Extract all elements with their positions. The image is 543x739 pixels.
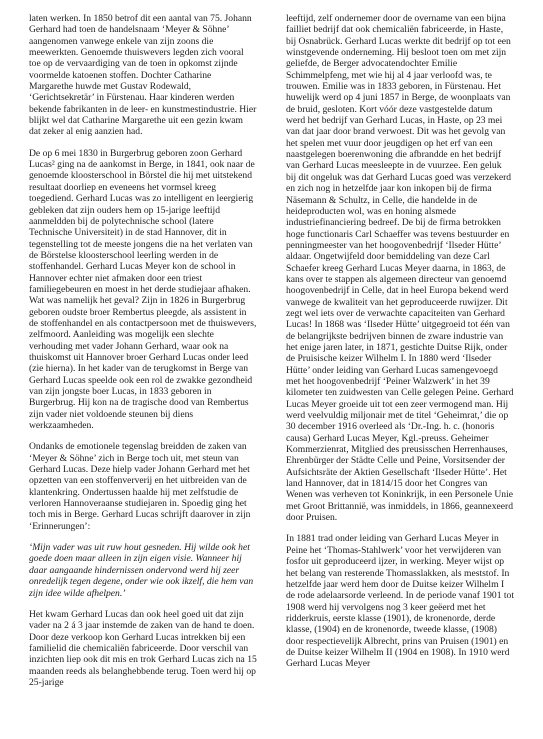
quote-erinnerungen: ‘Mijn vader was uit ruw hout gesneden. H…: [29, 542, 257, 599]
paragraph-meyer-soehne-uitbreiding: Ondanks de emotionele tegenslag breidden…: [29, 441, 257, 532]
paragraph-ondernemer-ilseder-huette: leeftijd, zelf ondernemer door de overna…: [286, 13, 514, 523]
paragraph-handelsnaam: laten werken. In 1850 betrof dit een aan…: [29, 13, 257, 138]
paragraph-verkoop-zaken: Het kwam Gerhard Lucas dan ook heel goed…: [29, 609, 257, 688]
right-column: leeftijd, zelf ondernemer door de overna…: [286, 13, 514, 739]
paragraph-gerhard-lucas-jeugd: De op 6 mei 1830 in Burgerbrug geboren z…: [29, 148, 257, 432]
paragraph-thomas-stahlwerk: In 1881 trad onder leiding van Gerhard L…: [286, 533, 514, 669]
document-page: laten werken. In 1850 betrof dit een aan…: [0, 0, 543, 739]
left-column: laten werken. In 1850 betrof dit een aan…: [29, 13, 257, 739]
